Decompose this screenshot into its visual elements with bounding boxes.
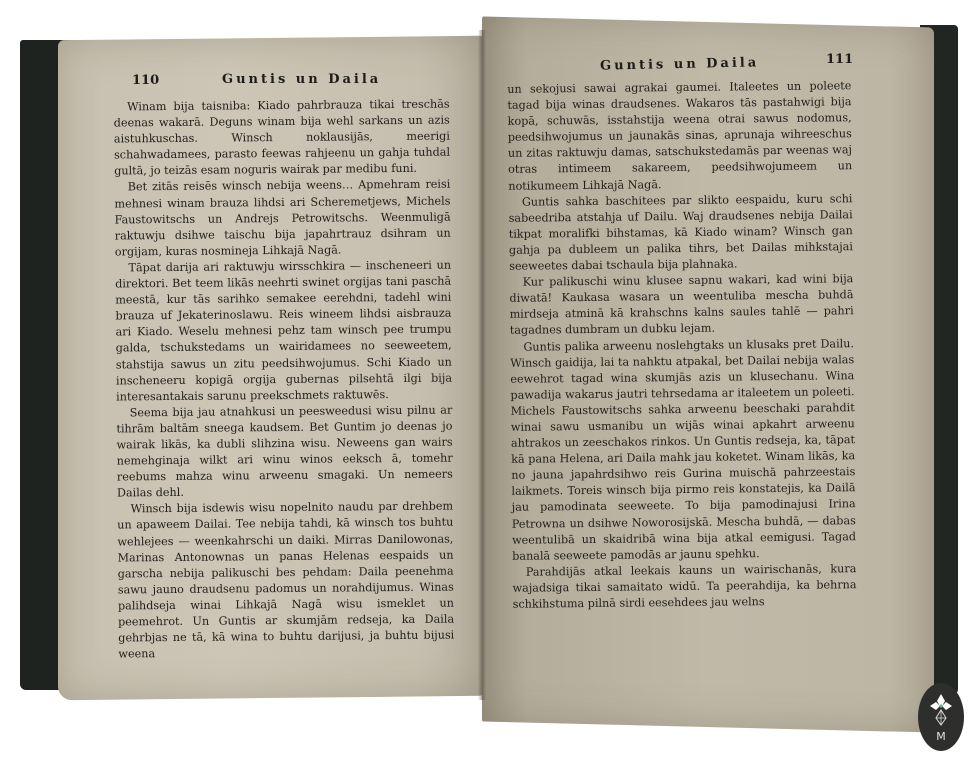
paragraph: Tāpat darija ari raktuwju wirsschkira — … [115, 257, 452, 405]
left-page-number: 110 [132, 73, 159, 88]
watermark-logo: M [918, 683, 964, 751]
paragraph: Winam bija taisniba: Kiado pahrbrauza ti… [114, 97, 451, 180]
left-page-text: Winam bija taisniba: Kiado pahrbrauza ti… [114, 97, 455, 663]
paragraph: Bet zitās reisēs winsch nebija weens… Ap… [114, 177, 451, 260]
book-gutter [478, 30, 486, 700]
paragraph: Kur palikuschi winu klusee sapnu wakari,… [509, 271, 854, 339]
watermark-letter: M [936, 730, 946, 743]
paragraph: Guntis palika arweenu noslehgtaks un klu… [510, 336, 856, 565]
paragraph: Seema bija jau atnahkusi un peesweedusi … [116, 402, 453, 501]
paragraph: Guntis sahka baschitees par slikto eespa… [508, 191, 853, 275]
paragraph: Winsch bija isdewis wisu nopelnito naudu… [117, 499, 454, 663]
left-running-title: Guntis un Daila [222, 72, 381, 87]
right-page-text: un sekojusi sawai agrakai gaumei. Italee… [507, 78, 857, 613]
open-book-photo: 110 Guntis un Daila Winam bija taisniba:… [0, 0, 980, 768]
right-page-number: 111 [826, 52, 853, 67]
paragraph: Parahdijās atkal leekais kauns un wairis… [512, 561, 856, 613]
paragraph: un sekojusi sawai agrakai gaumei. Italee… [507, 78, 852, 194]
